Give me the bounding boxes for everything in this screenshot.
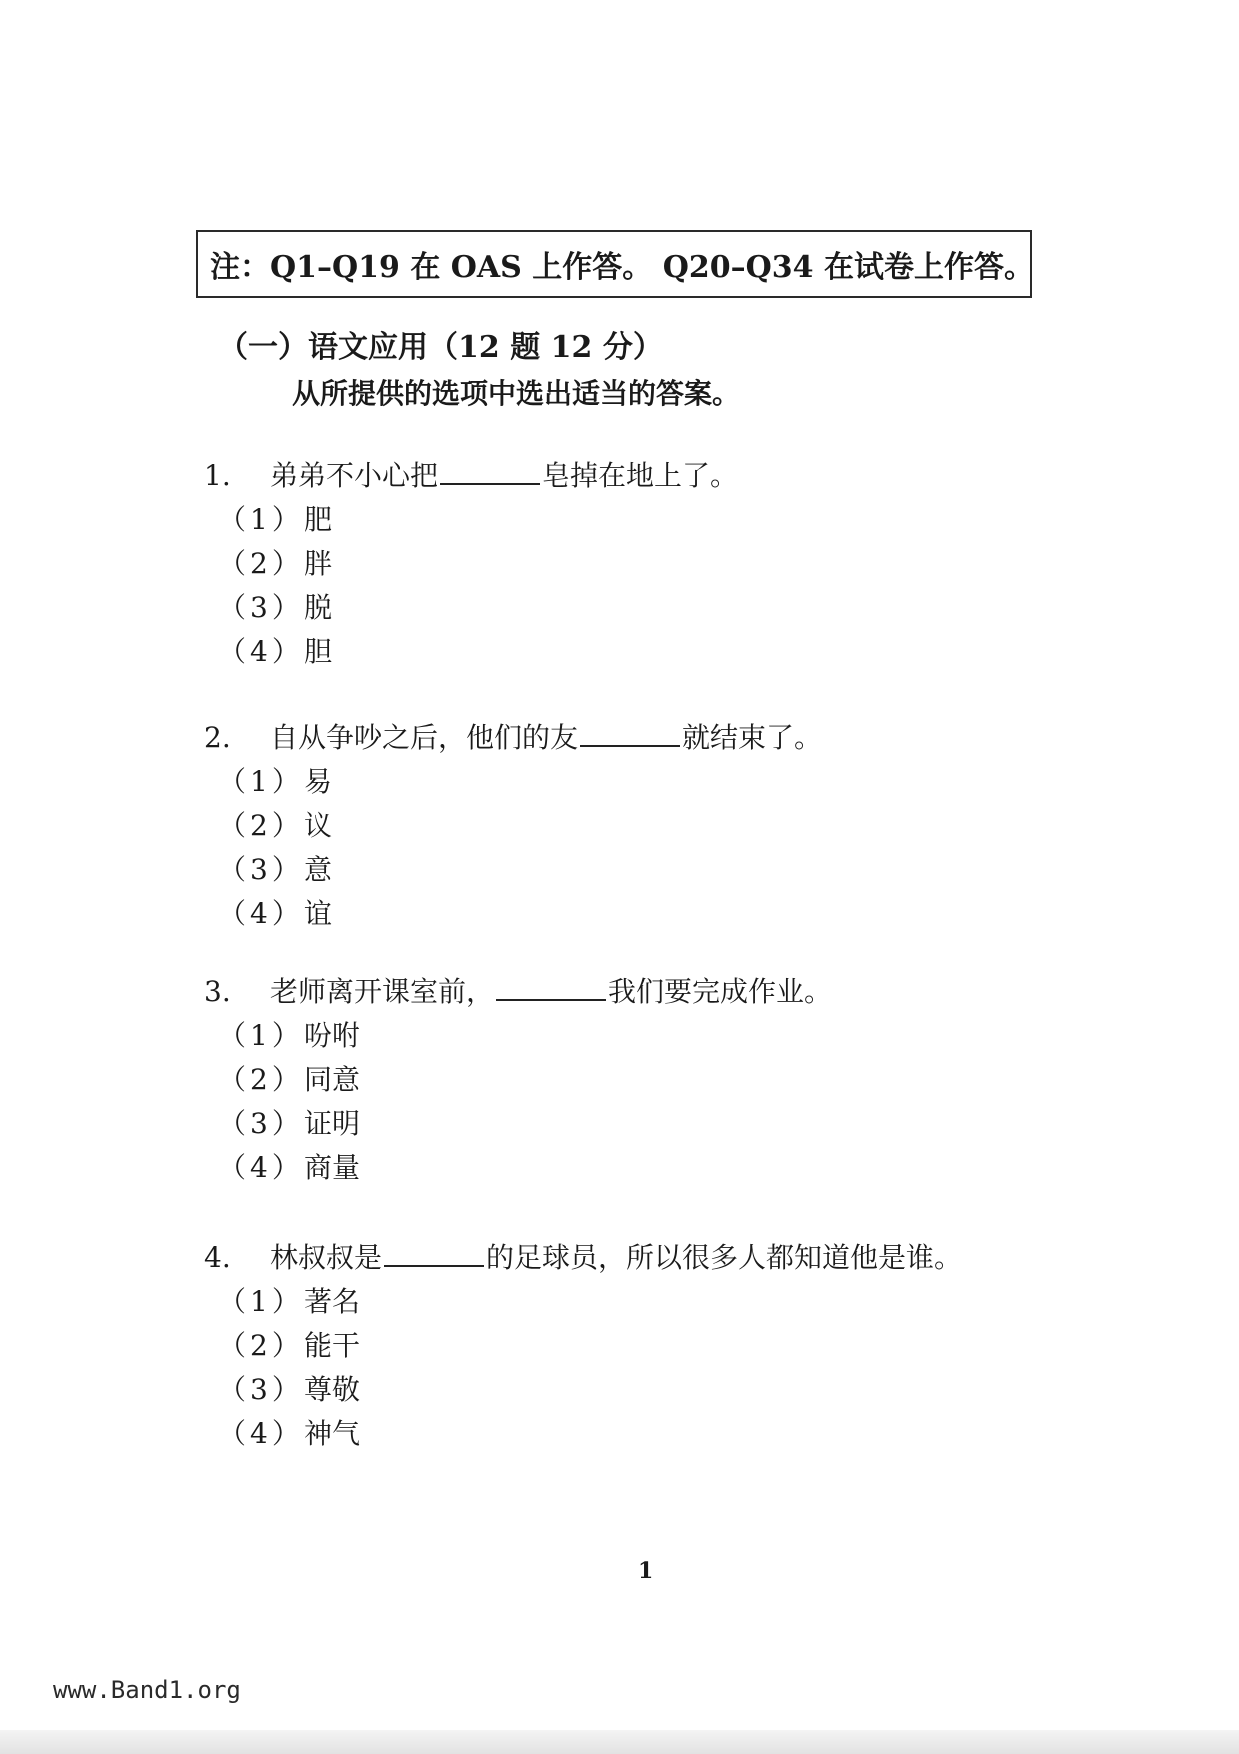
option-2: （2）能干 bbox=[204, 1324, 1104, 1368]
option-label: （2） bbox=[218, 804, 304, 844]
option-text: 肥 bbox=[304, 498, 332, 538]
option-1: （1）易 bbox=[204, 760, 1104, 804]
question-stem: 2. 自从争吵之后，他们的友 就结束了。 bbox=[204, 716, 1104, 760]
stem-after-blank: 的足球员，所以很多人都知道他是谁。 bbox=[486, 1236, 962, 1276]
instruction-note-text: 注：Q1–Q19 在 OAS 上作答。 Q20–Q34 在试卷上作答。 bbox=[210, 242, 1034, 286]
option-label: （3） bbox=[218, 848, 304, 888]
option-label: （4） bbox=[218, 1146, 304, 1186]
question-number: 1. bbox=[204, 459, 270, 492]
stem-before-blank: 自从争吵之后，他们的友 bbox=[270, 716, 578, 756]
question-stem: 4. 林叔叔是 的足球员，所以很多人都知道他是谁。 bbox=[204, 1236, 1104, 1280]
option-2: （2）同意 bbox=[204, 1058, 1104, 1102]
option-text: 吩咐 bbox=[304, 1014, 360, 1054]
option-label: （3） bbox=[218, 586, 304, 626]
option-label: （2） bbox=[218, 1324, 304, 1364]
option-label: （2） bbox=[218, 542, 304, 582]
option-text: 著名 bbox=[304, 1280, 360, 1320]
section-instruction: 从所提供的选项中选出适当的答案。 bbox=[292, 372, 740, 412]
option-text: 胖 bbox=[304, 542, 332, 582]
option-label: （1） bbox=[218, 760, 304, 800]
option-4: （4）商量 bbox=[204, 1146, 1104, 1190]
option-text: 胆 bbox=[304, 630, 332, 670]
option-4: （4）胆 bbox=[204, 630, 1104, 674]
option-1: （1）吩咐 bbox=[204, 1014, 1104, 1058]
option-text: 同意 bbox=[304, 1058, 360, 1098]
stem-before-blank: 林叔叔是 bbox=[270, 1236, 382, 1276]
page-number: 1 bbox=[638, 1558, 653, 1584]
stem-before-blank: 弟弟不小心把 bbox=[270, 454, 438, 494]
answer-blank bbox=[384, 1239, 484, 1267]
option-2: （2）议 bbox=[204, 804, 1104, 848]
question-3: 3. 老师离开课室前， 我们要完成作业。 （1）吩咐 （2）同意 （3）证明 （… bbox=[204, 970, 1104, 1190]
section-title: （一）语文应用（12 题 12 分） bbox=[218, 322, 663, 366]
option-text: 脱 bbox=[304, 586, 332, 626]
exam-page: 注：Q1–Q19 在 OAS 上作答。 Q20–Q34 在试卷上作答。 （一）语… bbox=[0, 0, 1239, 1754]
option-label: （1） bbox=[218, 1280, 304, 1320]
option-text: 商量 bbox=[304, 1146, 360, 1186]
answer-blank bbox=[496, 973, 606, 1001]
question-4: 4. 林叔叔是 的足球员，所以很多人都知道他是谁。 （1）著名 （2）能干 （3… bbox=[204, 1236, 1104, 1456]
option-3: （3）尊敬 bbox=[204, 1368, 1104, 1412]
option-4: （4）谊 bbox=[204, 892, 1104, 936]
question-number: 3. bbox=[204, 975, 270, 1008]
option-text: 能干 bbox=[304, 1324, 360, 1364]
option-text: 意 bbox=[304, 848, 332, 888]
instruction-note-box: 注：Q1–Q19 在 OAS 上作答。 Q20–Q34 在试卷上作答。 bbox=[196, 230, 1032, 298]
option-label: （3） bbox=[218, 1368, 304, 1408]
question-2: 2. 自从争吵之后，他们的友 就结束了。 （1）易 （2）议 （3）意 （4）谊 bbox=[204, 716, 1104, 936]
option-text: 尊敬 bbox=[304, 1368, 360, 1408]
option-label: （3） bbox=[218, 1102, 304, 1142]
question-stem: 3. 老师离开课室前， 我们要完成作业。 bbox=[204, 970, 1104, 1014]
answer-blank bbox=[580, 719, 680, 747]
option-3: （3）意 bbox=[204, 848, 1104, 892]
option-4: （4）神气 bbox=[204, 1412, 1104, 1456]
stem-after-blank: 就结束了。 bbox=[682, 716, 822, 756]
option-text: 谊 bbox=[304, 892, 332, 932]
option-3: （3）脱 bbox=[204, 586, 1104, 630]
option-text: 神气 bbox=[304, 1412, 360, 1452]
stem-after-blank: 我们要完成作业。 bbox=[608, 970, 832, 1010]
option-label: （4） bbox=[218, 1412, 304, 1452]
stem-after-blank: 皂掉在地上了。 bbox=[542, 454, 738, 494]
option-label: （1） bbox=[218, 1014, 304, 1054]
option-1: （1）肥 bbox=[204, 498, 1104, 542]
question-number: 4. bbox=[204, 1241, 270, 1274]
option-label: （1） bbox=[218, 498, 304, 538]
watermark-url: www.Band1.org bbox=[53, 1676, 241, 1704]
question-stem: 1. 弟弟不小心把 皂掉在地上了。 bbox=[204, 454, 1104, 498]
scan-edge-shadow bbox=[0, 1730, 1239, 1754]
option-2: （2）胖 bbox=[204, 542, 1104, 586]
option-label: （4） bbox=[218, 630, 304, 670]
answer-blank bbox=[440, 457, 540, 485]
question-1: 1. 弟弟不小心把 皂掉在地上了。 （1）肥 （2）胖 （3）脱 （4）胆 bbox=[204, 454, 1104, 674]
option-3: （3）证明 bbox=[204, 1102, 1104, 1146]
stem-before-blank: 老师离开课室前， bbox=[270, 970, 494, 1010]
option-label: （4） bbox=[218, 892, 304, 932]
option-text: 易 bbox=[304, 760, 332, 800]
option-text: 议 bbox=[304, 804, 332, 844]
option-text: 证明 bbox=[304, 1102, 360, 1142]
option-1: （1）著名 bbox=[204, 1280, 1104, 1324]
option-label: （2） bbox=[218, 1058, 304, 1098]
question-number: 2. bbox=[204, 721, 270, 754]
